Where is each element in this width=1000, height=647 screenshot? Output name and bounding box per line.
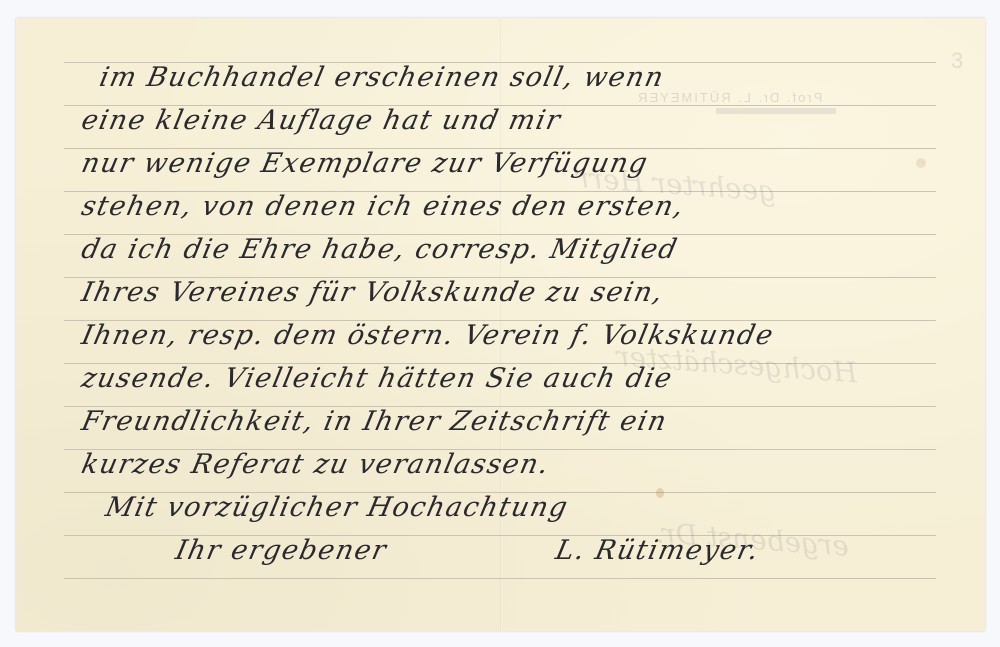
letter-sheet: Prof. Dr. L. RÜTIMEYER 3 geehrter Herr H…	[16, 18, 985, 631]
letter-line-3: nur wenige Exemplare zur Verfügung	[79, 148, 652, 179]
signature: L. Rütimeyer.	[553, 535, 763, 566]
letter-line-10: kurzes Referat zu veranlassen.	[79, 449, 553, 480]
paper-stain	[916, 158, 926, 168]
letterhead-sub-bleed	[716, 108, 836, 114]
letter-line-8: zusende. Vielleicht hätten Sie auch die	[79, 363, 676, 394]
letter-line-1: im Buchhandel erscheinen soll, wenn	[97, 62, 668, 93]
ink-blot	[656, 488, 664, 498]
letter-line-7: Ihnen, resp. dem östern. Verein f. Volks…	[79, 320, 777, 351]
ruled-line	[64, 578, 936, 579]
closing-phrase: Ihr ergebener	[173, 535, 390, 566]
letter-line-5: da ich die Ehre habe, corresp. Mitglied	[79, 234, 681, 265]
letter-line-9: Freundlichkeit, in Ihrer Zeitschrift ein	[79, 406, 671, 437]
closing-salutation: Mit vorzüglicher Hochachtung	[103, 492, 572, 523]
page-number-mark: 3	[951, 48, 963, 74]
letterhead-bleed: Prof. Dr. L. RÜTIMEYER	[636, 90, 896, 105]
letter-line-2: eine kleine Auflage hat und mir	[79, 105, 564, 136]
letter-line-6: Ihres Vereines für Volkskunde zu sein,	[79, 277, 667, 308]
letter-line-4: stehen, von denen ich eines den ersten,	[79, 191, 688, 222]
